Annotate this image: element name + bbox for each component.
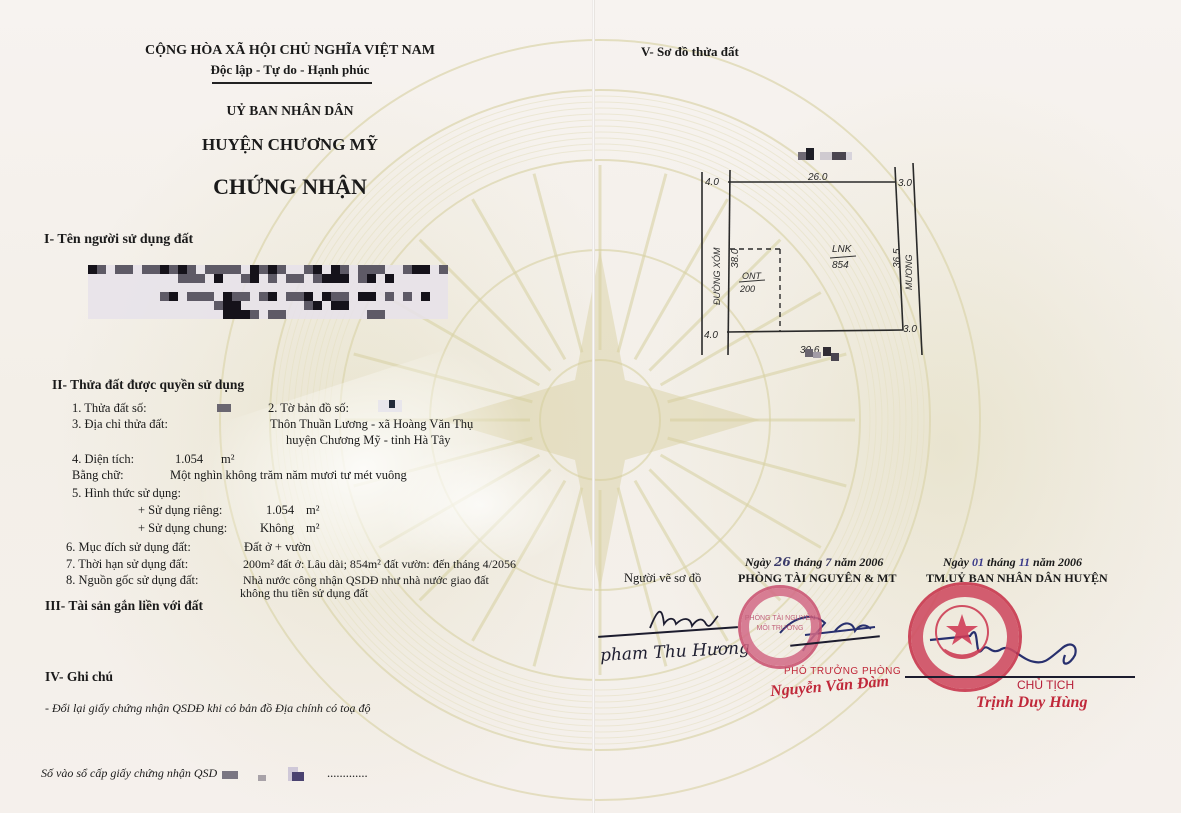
corner-tl: 4.0 [705,177,719,188]
certificate-right-page [593,0,1181,813]
origin-label: 8. Nguồn gốc sử dụng đất: [66,573,198,588]
section4-heading: IV- Ghi chú [45,669,113,685]
office-stamp: PHÒNG TÀI NGUYÊN MÔI TRƯỜNG [738,585,822,669]
national-header: CỘNG HÒA XÃ HỘI CHỦ NGHĨA VIỆT NAM [120,43,460,59]
dim-top: 26.0 [807,172,828,183]
redacted-parcel-number [217,404,231,412]
section3-heading: III- Tài sản gắn liền với đất [45,598,203,614]
area-in-words: Một nghìn không trăm năm mươi tư mét vuô… [170,468,407,483]
address-line2: huyện Chương Mỹ - tỉnh Hà Tây [286,433,451,448]
area-in-words-label: Bằng chữ: [72,468,124,483]
origin-value-line2: không thu tiền sử dụng đất [240,586,368,601]
zone-sub-code: ONT [742,271,763,281]
emblem-star-icon [908,582,1016,686]
road-left-label: ĐƯỜNG XÓM [712,247,722,305]
parcel-number-label: 1. Thửa đất số: [72,401,147,416]
road-right-label: MƯƠNG [904,255,914,290]
zone-main-code: LNK [832,244,853,255]
corner-br: 3.0 [903,324,917,335]
private-use-unit: m² [306,503,319,518]
plot-diagram: 26.0 30.6 4.0 4.0 3.0 3.0 LNK 854 ONT 20… [690,140,940,370]
area-value: 1.054 [175,452,203,467]
term-value: 200m² đất ở: Lâu dài; 854m² đất vườn: đế… [243,557,516,572]
redacted-top-label [798,148,852,160]
redacted-map-sheet [378,400,402,412]
purpose-label: 6. Mục đích sử dụng đất: [66,540,191,555]
address-label: 3. Địa chỉ thửa đất: [72,417,168,432]
purpose-value: Đất ở + vườn [244,540,311,555]
page-fold [592,0,595,813]
private-use-label: + Sử dụng riêng: [138,503,222,518]
corner-bl: 4.0 [704,330,718,341]
drawer-role: Người vẽ sơ đồ [624,571,701,586]
area-label: 4. Diện tích: [72,452,134,467]
issuer-line2: HUYỆN CHƯƠNG MỸ [120,135,460,155]
shared-use-label: + Sử dụng chung: [138,521,227,536]
issuer-line1: UỶ BAN NHÂN DÂN [120,103,460,119]
registry-label: Số vào sổ cấp giấy chứng nhận QSD [41,766,217,781]
header-divider [212,82,372,84]
area-unit: m² [221,452,234,467]
note-text: - Đổi lại giấy chứng nhận QSDĐ khi có bả… [45,701,371,716]
committee-date: Ngày 01 tháng 11 năm 2006 [943,555,1082,570]
office-org: PHÒNG TÀI NGUYÊN & MT [738,571,896,586]
national-motto: Độc lập - Tự do - Hạnh phúc [120,62,460,78]
registry-dots: ............. [327,766,368,781]
committee-signer-title: CHỦ TỊCH [1017,678,1074,692]
zone-sub-area: 200 [739,284,755,294]
section2-heading: II- Thửa đất được quyền sử dụng [52,377,244,393]
usage-form-label: 5. Hình thức sử dụng: [72,486,181,501]
shared-use-unit: m² [306,521,319,536]
redacted-registry-number [222,767,322,781]
redacted-bottom-label [805,347,839,361]
section5-heading: V- Sơ đồ thửa đất [641,44,739,60]
certificate-title: CHỨNG NHẬN [120,174,460,200]
dim-left: 38.0 [730,248,741,268]
dim-right: 36.5 [892,248,903,268]
section1-heading: I- Tên người sử dụng đất [44,232,193,248]
address-line1: Thôn Thuần Lương - xã Hoàng Văn Thụ [270,417,473,432]
term-label: 7. Thời hạn sử dụng đất: [66,557,188,572]
committee-signer-name: Trịnh Duy Hùng [976,694,1087,712]
office-date: Ngày 26 tháng 7 năm 2006 [745,555,883,570]
committee-signature-line [905,676,1135,678]
shared-use-value: Không [260,521,294,536]
private-use-value: 1.054 [266,503,294,518]
map-sheet-label: 2. Tờ bản đồ số: [268,401,349,416]
zone-main-area: 854 [832,260,849,271]
redacted-owner-info [88,265,498,319]
corner-tr: 3.0 [898,178,912,189]
